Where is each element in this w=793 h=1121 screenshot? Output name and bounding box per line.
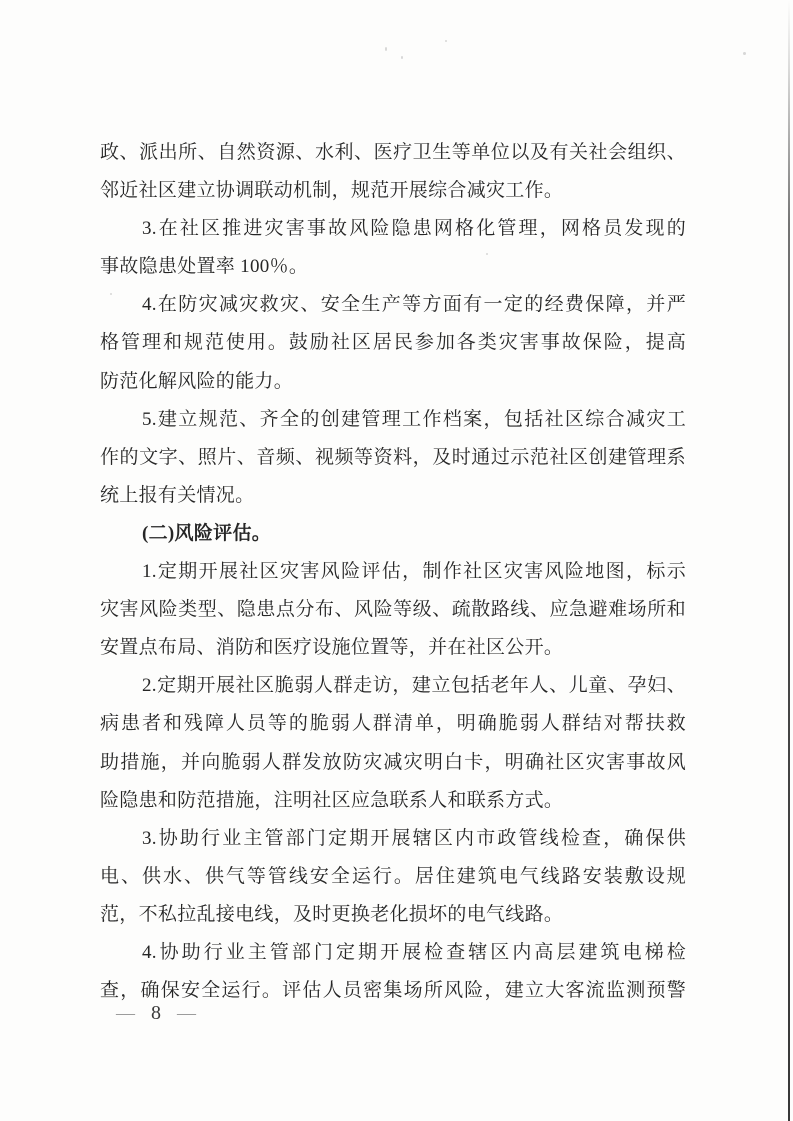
document-page: 政、派出所、自然资源、水利、医疗卫生等单位以及有关社会组织、 邻近社区建立协调联… (0, 0, 793, 1121)
text-line: 事故隐患处置率 100％。 (100, 248, 686, 286)
text-line: 范，不私拉乱接电线，及时更换老化损坏的电气线路。 (100, 896, 686, 934)
text-line: 灾害风险类型、隐患点分布、风险等级、疏散路线、应急避难场所和 (100, 591, 686, 629)
footer-dash-left: — (116, 1004, 135, 1024)
body-text: 政、派出所、自然资源、水利、医疗卫生等单位以及有关社会组织、 邻近社区建立协调联… (100, 134, 686, 1010)
text-line: 5.建立规范、齐全的创建管理工作档案，包括社区综合减灾工 (100, 401, 686, 439)
text-line: 邻近社区建立协调联动机制，规范开展综合减灾工作。 (100, 172, 686, 210)
text-line: 作的文字、照片、音频、视频等资料，及时通过示范社区创建管理系 (100, 439, 686, 477)
scan-speckle (486, 253, 488, 255)
scan-speckle (385, 47, 387, 51)
scan-speckle (110, 293, 112, 295)
text-line: 1.定期开展社区灾害风险评估，制作社区灾害风险地图，标示 (100, 553, 686, 591)
page-footer: — 8 — (116, 1002, 196, 1025)
text-line: 助措施，并向脆弱人群发放防灾减灾明白卡，明确社区灾害事故风 (100, 744, 686, 782)
section-heading: (二)风险评估。 (100, 515, 686, 553)
scan-speckle (445, 40, 447, 42)
text-line: 防范化解风险的能力。 (100, 363, 686, 401)
text-line: 4.在防灾减灾救灾、安全生产等方面有一定的经费保障，并严 (100, 286, 686, 324)
page-number: 8 (151, 1002, 161, 1025)
scan-speckle (743, 52, 746, 55)
scan-edge-shadow (788, 0, 790, 1121)
text-line: 3.协助行业主管部门定期开展辖区内市政管线检查，确保供 (100, 820, 686, 858)
text-line: 3.在社区推进灾害事故风险隐患网格化管理，网格员发现的 (100, 210, 686, 248)
text-line: 4.协助行业主管部门定期开展检查辖区内高层建筑电梯检 (100, 934, 686, 972)
text-line: 政、派出所、自然资源、水利、医疗卫生等单位以及有关社会组织、 (100, 134, 686, 172)
text-line: 安置点布局、消防和医疗设施位置等，并在社区公开。 (100, 629, 686, 667)
text-line: 统上报有关情况。 (100, 477, 686, 515)
text-line: 格管理和规范使用。鼓励社区居民参加各类灾害事故保险，提高 (100, 324, 686, 362)
text-line: 病患者和残障人员等的脆弱人群清单，明确脆弱人群结对帮扶救 (100, 705, 686, 743)
footer-dash-right: — (177, 1004, 196, 1024)
text-line: 2.定期开展社区脆弱人群走访，建立包括老年人、儿童、孕妇、 (100, 667, 686, 705)
text-line: 电、供水、供气等管线安全运行。居住建筑电气线路安装敷设规 (100, 858, 686, 896)
scan-speckle (401, 56, 403, 59)
text-line: 险隐患和防范措施，注明社区应急联系人和联系方式。 (100, 782, 686, 820)
